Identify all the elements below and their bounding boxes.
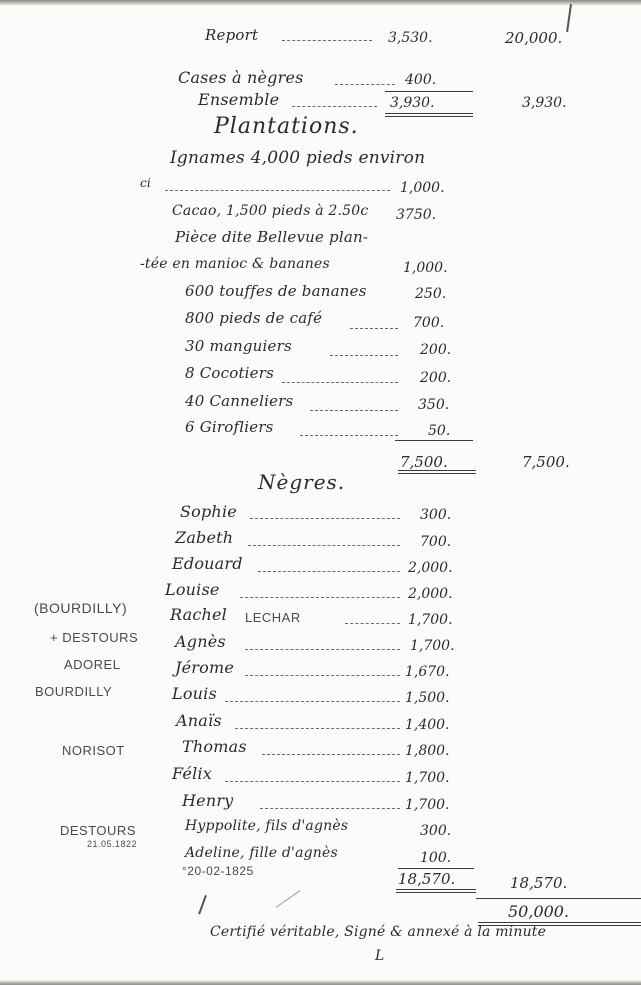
negre-leader bbox=[245, 649, 400, 650]
negre-name: Thomas bbox=[182, 737, 247, 756]
negre-name: Louis bbox=[172, 684, 217, 703]
negre-name: Edouard bbox=[172, 554, 243, 573]
negre-leader bbox=[240, 597, 400, 598]
report-label: Report bbox=[205, 26, 258, 44]
manguiers-leader bbox=[330, 355, 398, 356]
negre-leader bbox=[225, 781, 400, 782]
report-running-total: 20,000. bbox=[505, 29, 562, 47]
cafe-amount: 700. bbox=[413, 315, 444, 331]
negre-leader bbox=[262, 754, 400, 755]
girofliers-leader bbox=[300, 435, 398, 436]
cocotiers-amount: 200. bbox=[420, 370, 451, 386]
plantations-subtotal: 7,500. bbox=[400, 453, 448, 471]
negres-heading: Nègres. bbox=[258, 470, 345, 494]
negre-name: Agnès bbox=[175, 632, 226, 651]
annotation-norisot: NORISOT bbox=[62, 743, 125, 758]
negre-name: Hyppolite, fils d'agnès bbox=[185, 818, 348, 834]
negre-name: Félix bbox=[172, 764, 212, 783]
annotation-adorel: ADOREL bbox=[64, 657, 120, 672]
annotation-bourdilly-1: (BOURDILLY) bbox=[34, 600, 127, 616]
annotation-destours-1: + DESTOURS bbox=[50, 630, 138, 645]
cases-leader bbox=[335, 84, 395, 85]
page-top-edge bbox=[0, 0, 641, 6]
ensemble-leader bbox=[292, 106, 377, 107]
plantation-item-cafe: 800 pieds de café bbox=[185, 309, 322, 327]
negre-name: Zabeth bbox=[175, 528, 233, 547]
negre-name: Anaïs bbox=[176, 711, 222, 730]
plantation-item-girofliers: 6 Girofliers bbox=[185, 418, 274, 436]
negre-leader bbox=[345, 623, 400, 624]
cases-amount: 400. bbox=[405, 72, 436, 88]
negre-amount: 1,700. bbox=[405, 797, 450, 813]
plantation-item-ci: ci bbox=[140, 176, 151, 190]
negre-amount: 1,700. bbox=[405, 770, 450, 786]
negre-amount: 700. bbox=[420, 534, 451, 550]
negre-amount: 300. bbox=[420, 507, 451, 523]
pen-stroke bbox=[566, 4, 571, 32]
negre-leader bbox=[248, 545, 400, 546]
negre-leader bbox=[245, 675, 400, 676]
negre-amount: 1,800. bbox=[405, 743, 450, 759]
negre-amount: 100. bbox=[420, 850, 451, 866]
carried-underline bbox=[476, 898, 641, 899]
ci-leader bbox=[165, 190, 390, 191]
negre-name: Sophie bbox=[180, 502, 237, 521]
ci-amount: 1,000. bbox=[400, 180, 445, 196]
negre-name: Adeline, fille d'agnès bbox=[185, 845, 338, 861]
girofliers-underline bbox=[395, 440, 473, 441]
plantation-item-bananes: 600 touffes de bananes bbox=[185, 282, 367, 300]
negre-leader bbox=[250, 518, 400, 519]
plantation-item-cacao: Cacao, 1,500 pieds à 2.50c bbox=[172, 203, 368, 219]
cacao-amount: 3750. bbox=[396, 207, 436, 223]
plantation-item-canneliers: 40 Canneliers bbox=[185, 392, 293, 410]
plantations-carried: 7,500. bbox=[522, 453, 570, 471]
negre-amount: 2,000. bbox=[408, 560, 453, 576]
negre-amount: 2,000. bbox=[408, 586, 453, 602]
page-bottom-edge bbox=[0, 980, 641, 985]
bananes-amount: 250. bbox=[415, 286, 446, 302]
annotation-destours-2: DESTOURS bbox=[60, 823, 136, 838]
signature-mark: L bbox=[375, 948, 385, 964]
annotation-lechar: LECHAR bbox=[245, 610, 301, 625]
cafe-leader bbox=[350, 328, 398, 329]
plantation-item-cocotiers: 8 Cocotiers bbox=[185, 364, 274, 382]
ensemble-underline bbox=[385, 113, 473, 117]
negre-amount: 1,670. bbox=[405, 664, 450, 680]
report-leader bbox=[282, 40, 372, 41]
plantation-item-manguiers: 30 manguiers bbox=[185, 337, 292, 355]
annotation-bourdilly-2: BOURDILLY bbox=[35, 684, 112, 699]
manioc-amount: 1,000. bbox=[403, 260, 448, 276]
negre-leader bbox=[260, 808, 400, 809]
negre-amount: 300. bbox=[420, 823, 451, 839]
negre-leader bbox=[235, 728, 400, 729]
negres-carried: 18,570. bbox=[510, 874, 567, 892]
adeline-underline bbox=[398, 868, 474, 869]
annotation-date-1825: °20-02-1825 bbox=[182, 864, 254, 878]
ensemble-label: Ensemble bbox=[198, 90, 279, 109]
negres-subtotal-underline bbox=[396, 889, 476, 893]
negre-amount: 1,700. bbox=[410, 638, 455, 654]
plantations-heading: Plantations. bbox=[214, 114, 359, 139]
plantation-item-bellevue: Pièce dite Bellevue plan- bbox=[175, 228, 368, 246]
negre-name: Jérome bbox=[175, 658, 234, 677]
ensemble-carried: 3,930. bbox=[522, 95, 567, 111]
negre-amount: 1,700. bbox=[408, 612, 453, 628]
report-amount: 3,530. bbox=[388, 30, 433, 46]
plantations-subtotal-underline bbox=[398, 470, 476, 474]
plantation-item-ignames: Ignames 4,000 pieds environ bbox=[170, 148, 425, 168]
canneliers-amount: 350. bbox=[418, 397, 449, 413]
cocotiers-leader bbox=[282, 382, 398, 383]
cases-underline bbox=[385, 91, 473, 92]
grand-total: 50,000. bbox=[508, 902, 569, 921]
negre-amount: 1,400. bbox=[405, 717, 450, 733]
pen-stroke bbox=[198, 895, 206, 914]
ensemble-amount: 3,930. bbox=[390, 95, 435, 111]
negre-leader bbox=[258, 571, 400, 572]
negre-name: Henry bbox=[182, 791, 233, 810]
negres-subtotal: 18,570. bbox=[398, 870, 455, 888]
pen-stroke bbox=[275, 890, 300, 908]
certification-text: Certifié véritable, Signé & annexé à la … bbox=[210, 924, 546, 940]
negre-leader bbox=[225, 701, 400, 702]
cases-label: Cases à nègres bbox=[178, 68, 304, 87]
manguiers-amount: 200. bbox=[420, 342, 451, 358]
plantation-item-manioc: -tée en manioc & bananes bbox=[140, 256, 330, 272]
negre-name: Louise bbox=[165, 580, 220, 599]
canneliers-leader bbox=[310, 410, 398, 411]
negre-amount: 1,500. bbox=[405, 690, 450, 706]
annotation-date-1822: 21.05.1822 bbox=[87, 839, 137, 849]
girofliers-amount: 50. bbox=[428, 423, 450, 439]
negre-name: Rachel bbox=[170, 605, 227, 624]
